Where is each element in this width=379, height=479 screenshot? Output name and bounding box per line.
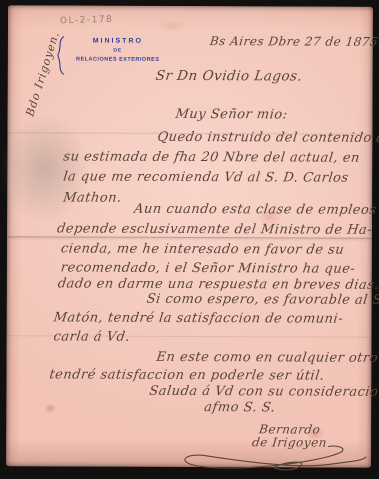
letterhead-subtitle: RELACIONES EXTERIORES — [66, 56, 170, 62]
letterhead-brace-ornament — [55, 35, 65, 79]
paper-stain — [158, 20, 188, 32]
handwritten-line: cienda, me he interesado en favor de su — [60, 241, 345, 257]
letterhead-title: MINISTRO — [66, 37, 170, 44]
scanned-letter: OL-2-178 Bdo Irigoyen. MINISTRO DE RELAC… — [0, 0, 379, 479]
letter-page: OL-2-178 Bdo Irigoyen. MINISTRO DE RELAC… — [6, 5, 373, 468]
handwritten-line: carla á Vd. — [53, 329, 131, 344]
handwritten-line: Aun cuando esta clase de empleos — [133, 202, 377, 218]
handwritten-line: Mathon. — [62, 190, 122, 205]
paper-discoloration — [0, 113, 90, 223]
handwritten-line: recomendado, i el Señor Ministro ha que- — [60, 260, 356, 276]
handwritten-line: la que me recomienda Vd al S. D. Carlos — [62, 169, 349, 185]
signature-flourish — [178, 442, 368, 479]
handwritten-line: Si como espero, es favorable al Sr — [146, 292, 379, 308]
closing-line: Saluda á Vd con su consideracion Su atto — [148, 384, 379, 400]
handwritten-line: depende esclusivamente del Ministro de H… — [56, 221, 373, 237]
handwritten-line: Quedo instruido del contenido de — [156, 130, 379, 146]
letterhead: MINISTRO DE RELACIONES EXTERIORES — [66, 37, 170, 62]
handwritten-line: dado en darme una respuesta en breves di… — [57, 276, 379, 292]
letterhead-connector: DE — [66, 47, 170, 53]
handwritten-line: tendré satisfaccion en poderle ser útil. — [48, 367, 325, 383]
addressee: Sr Dn Ovidio Lagos. — [155, 68, 304, 85]
archive-number: OL-2-178 — [60, 15, 114, 27]
handwritten-line: Matón, tendré la satisfaccion de comuni- — [53, 310, 344, 326]
handwritten-line: su estimada de fha 20 Nbre del actual, e… — [62, 149, 360, 165]
salutation: Muy Señor mio: — [175, 107, 289, 122]
closing-line: afmo S. S. — [203, 400, 276, 415]
dateline: Bs Aires Dbre 27 de 1875. — [209, 34, 379, 49]
handwritten-line: En este como en cualquier otro accidente — [156, 350, 379, 366]
paper-stain — [44, 403, 56, 413]
